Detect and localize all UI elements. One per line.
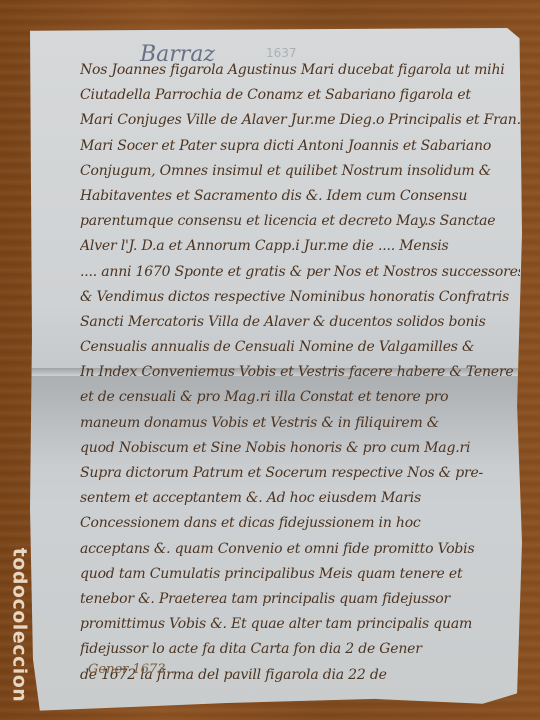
text-line: parentumque consensu et licencia et decr… [80,209,520,234]
text-line: Sancti Mercatoris Villa de Alaver & duce… [80,310,520,335]
text-line: promittimus Vobis &. Et quae alter tam p… [80,612,520,637]
text-line: Mari Socer et Pater supra dicti Antoni J… [80,134,520,159]
text-line: Supra dictorum Patrum et Socerum respect… [80,461,520,486]
text-line: In Index Conveniemus Vobis et Vestris fa… [80,360,520,385]
manuscript-page: Barraz 1637 Nos Joannes figarola Agustin… [30,28,522,714]
text-line: quod Nobiscum et Sine Nobis honoris & pr… [80,436,520,461]
text-line: fidejussor lo acte fa dita Carta fon dia… [80,637,520,662]
watermark: todocoleccion [2,545,36,705]
text-line: tenebor &. Praeterea tam principalis qua… [80,587,520,612]
text-line: .... anni 1670 Sponte et gratis & per No… [80,260,520,285]
text-line: Ciutadella Parrochia de Conamz et Sabari… [80,83,520,108]
text-line: et de censuali & pro Mag.ri illa Constat… [80,385,520,410]
text-line: Habitaventes et Sacramento dis &. Idem c… [80,184,520,209]
text-line: Mari Conjuges Ville de Alaver Jur.me Die… [80,108,520,133]
text-line: acceptans &. quam Convenio et omni fide … [80,537,520,562]
text-line: Nos Joannes figarola Agustinus Mari duce… [80,58,520,83]
text-line: & Vendimus dictos respective Nominibus h… [80,285,520,310]
text-line: Conjugum, Omnes insimul et quilibet Nost… [80,159,520,184]
footer-note: Gener 1673 [88,662,166,680]
handwritten-text: Nos Joannes figarola Agustinus Mari duce… [80,58,520,688]
text-line: maneum donamus Vobis et Vestris & in fil… [80,411,520,436]
text-line: Censualis annualis de Censuali Nomine de… [80,335,520,360]
text-line: quod tam Cumulatis principalibus Meis qu… [80,562,520,587]
text-line: sentem et acceptantem &. Ad hoc eiusdem … [80,486,520,511]
footer-notes: Gener 1673 [88,662,166,680]
text-line: Alver l'J. D.a et Annorum Capp.i Jur.me … [80,234,520,259]
text-line: Concessionem dans et dicas fidejussionem… [80,511,520,536]
watermark-text: todocoleccion [8,548,30,703]
